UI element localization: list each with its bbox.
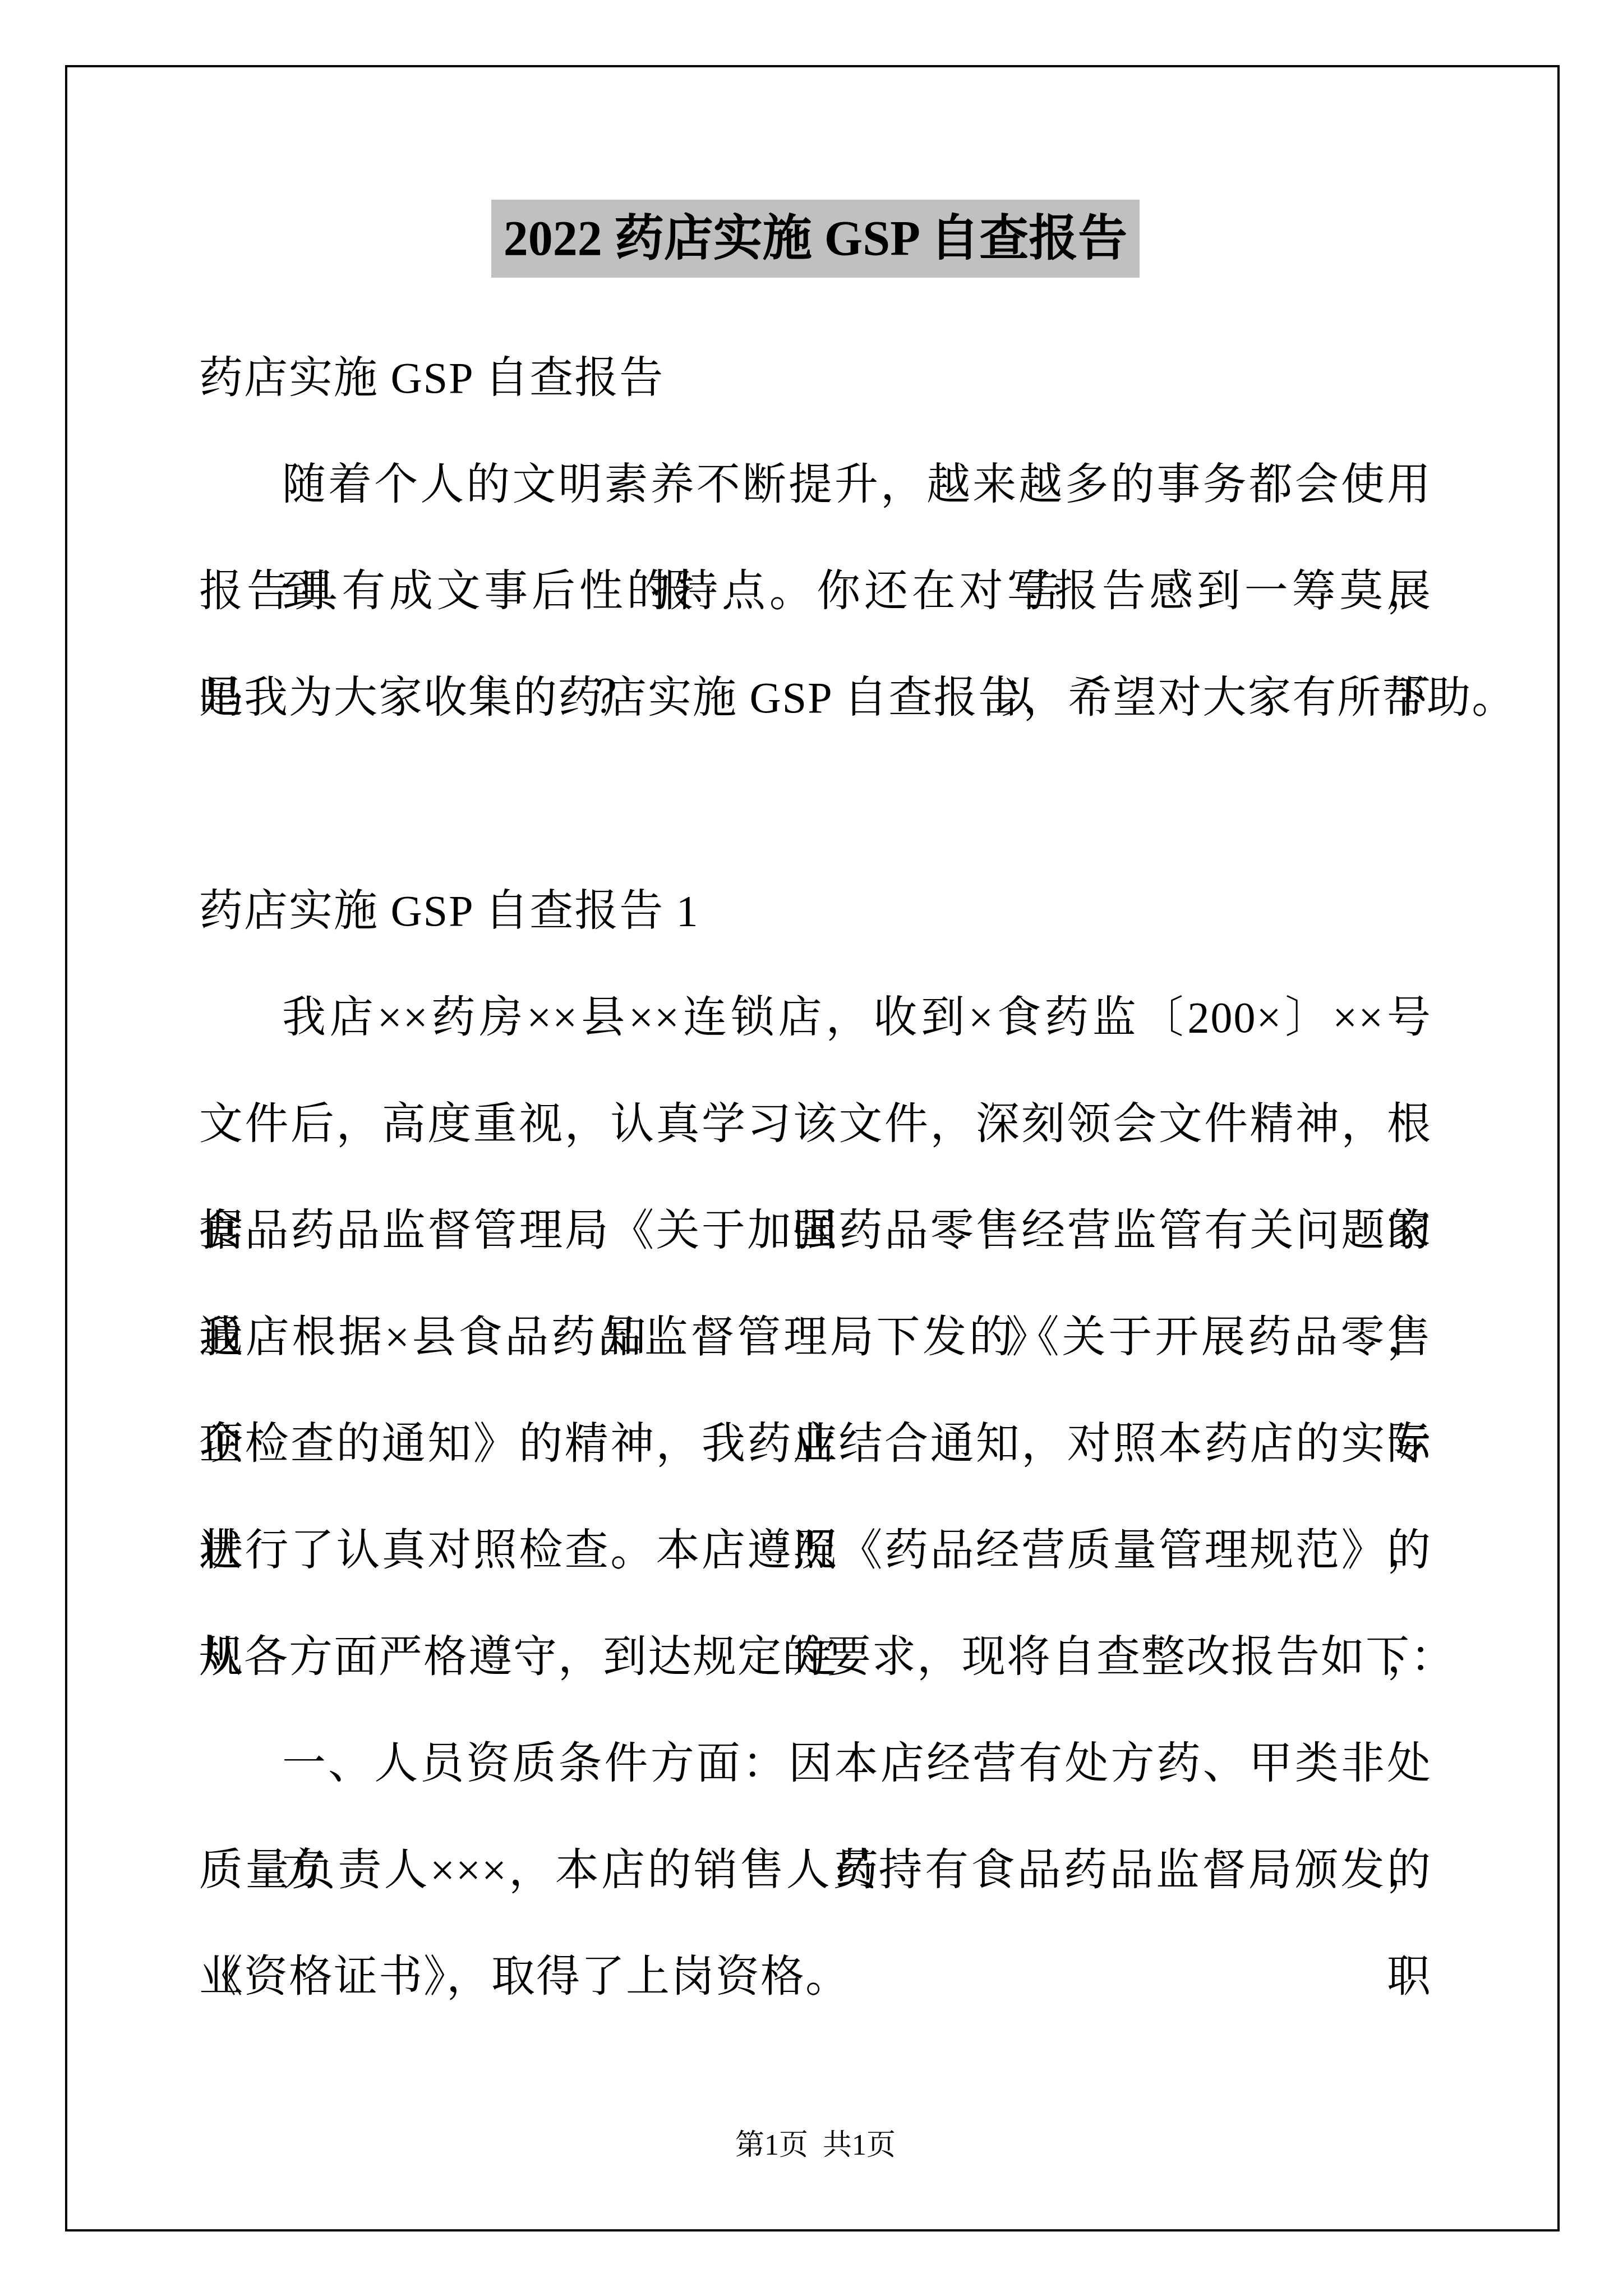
page-footer: 第1页 共1页 [199, 2126, 1432, 2165]
text-line: 随着个人的文明素养不断提升，越来越多的事务都会使用到报告， [199, 431, 1432, 538]
document-page: 2022 药店实施 GSP 自查报告 药店实施 GSP 自查报告 随着个人的文明… [0, 0, 1623, 2296]
text-line: 我店××药房××县××连锁店，收到×食药监〔200×〕××号 [199, 964, 1432, 1071]
text-line: 我店根据×县食品药品监督管理局下发的《关于开展药品零售企业专 [199, 1284, 1432, 1391]
text-line: 是我为大家收集的药店实施 GSP 自查报告，希望对大家有所帮助。 [199, 645, 1432, 751]
text-line: 药店实施 GSP 自查报告 [199, 325, 1432, 431]
blank-line [199, 751, 1432, 858]
text-line: 一、人员资质条件方面：因本店经营有处方药、甲类非处方药， [199, 1710, 1432, 1817]
text-line: 质量负责人×××，本店的销售人员持有食品药品监督局颁发的《职 [199, 1817, 1432, 1924]
document-body: 药店实施 GSP 自查报告 随着个人的文明素养不断提升，越来越多的事务都会使用到… [199, 325, 1432, 2030]
text-line: 项检查的通知》的精神，我药店结合通知，对照本药店的实际状况， [199, 1391, 1432, 1497]
title-row: 2022 药店实施 GSP 自查报告 [199, 200, 1432, 278]
text-line: 报告具有成文事后性的特点。你还在对写报告感到一筹莫展吗？以下 [199, 538, 1432, 645]
document-content: 2022 药店实施 GSP 自查报告 药店实施 GSP 自查报告 随着个人的文明… [199, 0, 1432, 2030]
text-line: 食品药品监督管理局《关于加强药品零售经营监管有关问题的通知》， [199, 1177, 1432, 1284]
document-title: 2022 药店实施 GSP 自查报告 [491, 200, 1140, 278]
text-line: 药店实施 GSP 自查报告 1 [199, 858, 1432, 964]
text-line: 进行了认真对照检查。本店遵照《药品经营质量管理规范》的规定， [199, 1497, 1432, 1604]
text-line: 文件后，高度重视，认真学习该文件，深刻领会文件精神，根据国家 [199, 1071, 1432, 1177]
text-line: 从各方面严格遵守，到达规定的要求，现将自查整改报告如下： [199, 1604, 1432, 1710]
